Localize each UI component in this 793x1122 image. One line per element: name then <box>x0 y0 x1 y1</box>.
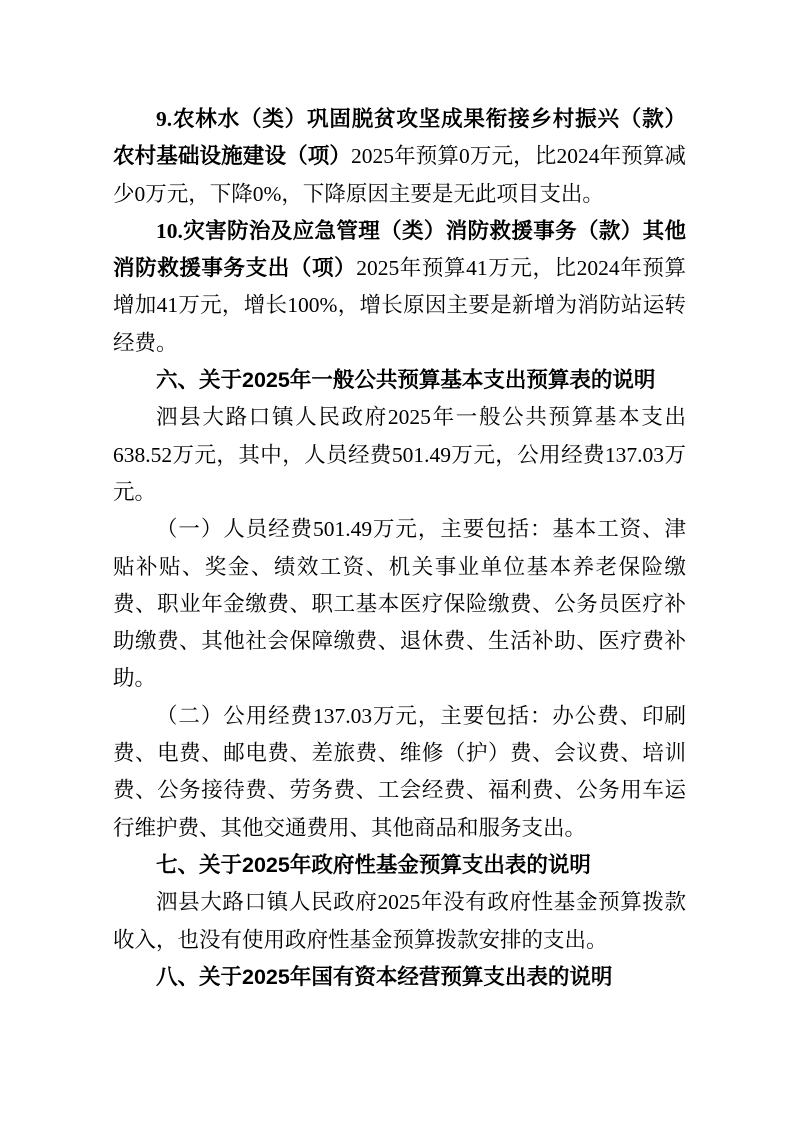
paragraph: 泗县大路口镇人民政府2025年一般公共预算基本支出638.52万元，其中，人员经… <box>113 399 686 511</box>
paragraph: （一）人员经费501.49万元，主要包括：基本工资、津贴补贴、奖金、绩效工资、机… <box>113 511 686 697</box>
text-segment: 六、关于2025年一般公共预算基本支出预算表的说明 <box>156 368 655 392</box>
text-segment: 八、关于2025年国有资本经营预算支出表的说明 <box>156 965 612 989</box>
text-segment: （一）人员经费501.49万元，主要包括：基本工资、津贴补贴、奖金、绩效工资、机… <box>113 517 686 690</box>
document-body: 9.农林水（类）巩固脱贫攻坚成果衔接乡村振兴（款）农村基础设施建设（项）2025… <box>113 101 686 996</box>
paragraph: 10.灾害防治及应急管理（类）消防救援事务（款）其他消防救援事务支出（项）202… <box>113 213 686 362</box>
text-segment: 七、关于2025年政府性基金预算支出表的说明 <box>156 853 591 877</box>
document-page: 9.农林水（类）巩固脱贫攻坚成果衔接乡村振兴（款）农村基础设施建设（项）2025… <box>0 0 793 1122</box>
paragraph: 9.农林水（类）巩固脱贫攻坚成果衔接乡村振兴（款）农村基础设施建设（项）2025… <box>113 101 686 213</box>
text-segment: 泗县大路口镇人民政府2025年没有政府性基金预算拨款收入，也没有使用政府性基金预… <box>113 890 686 951</box>
text-segment: 泗县大路口镇人民政府2025年一般公共预算基本支出638.52万元，其中，人员经… <box>113 405 686 504</box>
paragraph: （二）公用经费137.03万元，主要包括：办公费、印刷费、电费、邮电费、差旅费、… <box>113 698 686 847</box>
text-segment: （二）公用经费137.03万元，主要包括：办公费、印刷费、电费、邮电费、差旅费、… <box>113 704 686 840</box>
section-heading: 七、关于2025年政府性基金预算支出表的说明 <box>113 847 686 884</box>
section-heading: 六、关于2025年一般公共预算基本支出预算表的说明 <box>113 362 686 399</box>
paragraph: 泗县大路口镇人民政府2025年没有政府性基金预算拨款收入，也没有使用政府性基金预… <box>113 884 686 959</box>
section-heading: 八、关于2025年国有资本经营预算支出表的说明 <box>113 959 686 996</box>
